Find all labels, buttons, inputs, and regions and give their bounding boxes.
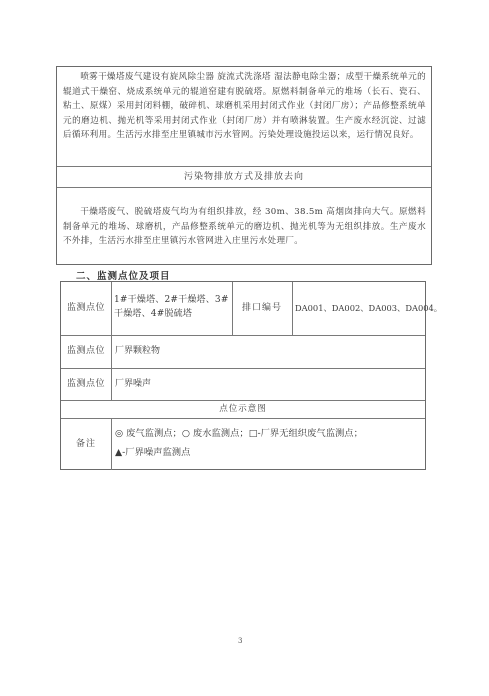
discharge-header: 污染物排放方式及排放去向 xyxy=(57,167,431,188)
col-divider xyxy=(111,282,112,400)
row2-label: 监测点位 xyxy=(61,335,111,368)
monitoring-table: 监测点位 1#干燥塔、2#干燥塔、3#干燥塔、4#脱硫塔 排口编号 DA001、… xyxy=(60,281,426,470)
legend: ◎ 废气监测点；○ 废水监测点；□-厂界无组织废气监测点； ▲-厂界噪声监测点 xyxy=(115,424,425,462)
col-divider xyxy=(292,282,293,335)
facilities-paragraph: 喷雾干燥塔废气建设有旋风除尘器 旋流式洗涤塔 湿法静电除尘器；成型干燥系统单元的… xyxy=(63,70,426,143)
page-number: 3 xyxy=(238,637,242,645)
facilities-section: 喷雾干燥塔废气建设有旋风除尘器 旋流式洗涤塔 湿法静电除尘器；成型干燥系统单元的… xyxy=(57,67,431,167)
row3-value: 厂界噪声 xyxy=(115,368,151,400)
row-divider xyxy=(61,418,425,419)
outlet-label: 排口编号 xyxy=(232,282,292,335)
row2-value: 厂界颗粒物 xyxy=(115,335,160,368)
remarks-label: 备注 xyxy=(61,418,111,470)
pollution-table: 喷雾干燥塔废气建设有旋风除尘器 旋流式洗涤塔 湿法静电除尘器；成型干燥系统单元的… xyxy=(56,66,432,265)
diagram-header: 点位示意图 xyxy=(61,400,425,418)
legend-line-1: ◎ 废气监测点；○ 废水监测点；□-厂界无组织废气监测点； xyxy=(115,424,425,443)
row3-label: 监测点位 xyxy=(61,368,111,400)
discharge-section: 干燥塔废气、脱硫塔废气均为有组织排放，经 30m、38.5m 高烟囱排向大气。原… xyxy=(57,187,431,266)
row1-value: 1#干燥塔、2#干燥塔、3#干燥塔、4#脱硫塔 xyxy=(114,293,230,321)
legend-line-2: ▲-厂界噪声监测点 xyxy=(115,443,425,462)
discharge-paragraph: 干燥塔废气、脱硫塔废气均为有组织排放，经 30m、38.5m 高烟囱排向大气。原… xyxy=(63,205,426,249)
monitoring-heading: 二、监测点位及项目 xyxy=(76,268,171,282)
outlet-value: DA001、DA002、DA003、DA004。 xyxy=(295,282,425,335)
col-divider xyxy=(111,418,112,470)
row1-label: 监测点位 xyxy=(61,282,111,335)
